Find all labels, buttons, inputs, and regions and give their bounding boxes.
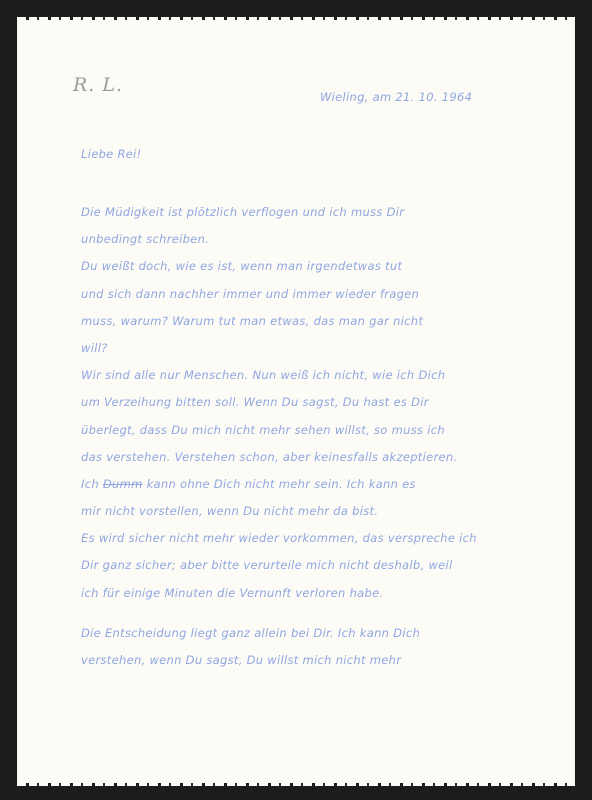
text-line: Die Entscheidung liegt ganz allein bei D… — [81, 620, 541, 647]
paragraph-1: Die Müdigkeit ist plötzlich verflogen un… — [81, 199, 541, 253]
paragraph-5: Es wird sicher nicht mehr wieder vorkomm… — [81, 525, 541, 607]
salutation: Liebe Rei! — [81, 147, 142, 161]
text-line: will? — [81, 335, 541, 362]
text-line: unbedingt schreiben. — [81, 226, 541, 253]
text-line: verstehen, wenn Du sagst, Du willst mich… — [81, 647, 541, 674]
text-line: Wir sind alle nur Menschen. Nun weiß ich… — [81, 362, 541, 389]
struck-word: Dumm — [103, 477, 143, 491]
text-line: Dir ganz sicher; aber bitte verurteile m… — [81, 552, 541, 579]
text-line: Es wird sicher nicht mehr wieder vorkomm… — [81, 525, 541, 552]
text-line: das verstehen. Verstehen schon, aber kei… — [81, 444, 541, 471]
text-line: Die Müdigkeit ist plötzlich verflogen un… — [81, 199, 541, 226]
paragraph-2: Du weißt doch, wie es ist, wenn man irge… — [81, 253, 541, 362]
letter-page: R. L. Wieling, am 21. 10. 1964 Liebe Rei… — [17, 19, 575, 784]
place-and-date: Wieling, am 21. 10. 1964 — [320, 90, 472, 104]
paragraph-gap — [81, 607, 541, 620]
line-rest: kann ohne Dich nicht mehr sein. Ich kann… — [147, 477, 416, 491]
text-line: muss, warum? Warum tut man etwas, das ma… — [81, 308, 541, 335]
text-line: Ich Dumm kann ohne Dich nicht mehr sein.… — [81, 471, 541, 498]
text-line: mir nicht vorstellen, wenn Du nicht mehr… — [81, 498, 541, 525]
text-line: um Verzeihung bitten soll. Wenn Du sagst… — [81, 389, 541, 416]
text-line: ich für einige Minuten die Vernunft verl… — [81, 580, 541, 607]
letterhead-monogram: R. L. — [73, 74, 123, 96]
text-line: und sich dann nachher immer und immer wi… — [81, 281, 541, 308]
line-prefix: Ich — [81, 477, 99, 491]
text-line: überlegt, dass Du mich nicht mehr sehen … — [81, 417, 541, 444]
text-line: Du weißt doch, wie es ist, wenn man irge… — [81, 253, 541, 280]
paragraph-6: Die Entscheidung liegt ganz allein bei D… — [81, 620, 541, 674]
paragraph-3: Wir sind alle nur Menschen. Nun weiß ich… — [81, 362, 541, 471]
letter-body: Die Müdigkeit ist plötzlich verflogen un… — [81, 199, 541, 674]
paragraph-4: Ich Dumm kann ohne Dich nicht mehr sein.… — [81, 471, 541, 525]
